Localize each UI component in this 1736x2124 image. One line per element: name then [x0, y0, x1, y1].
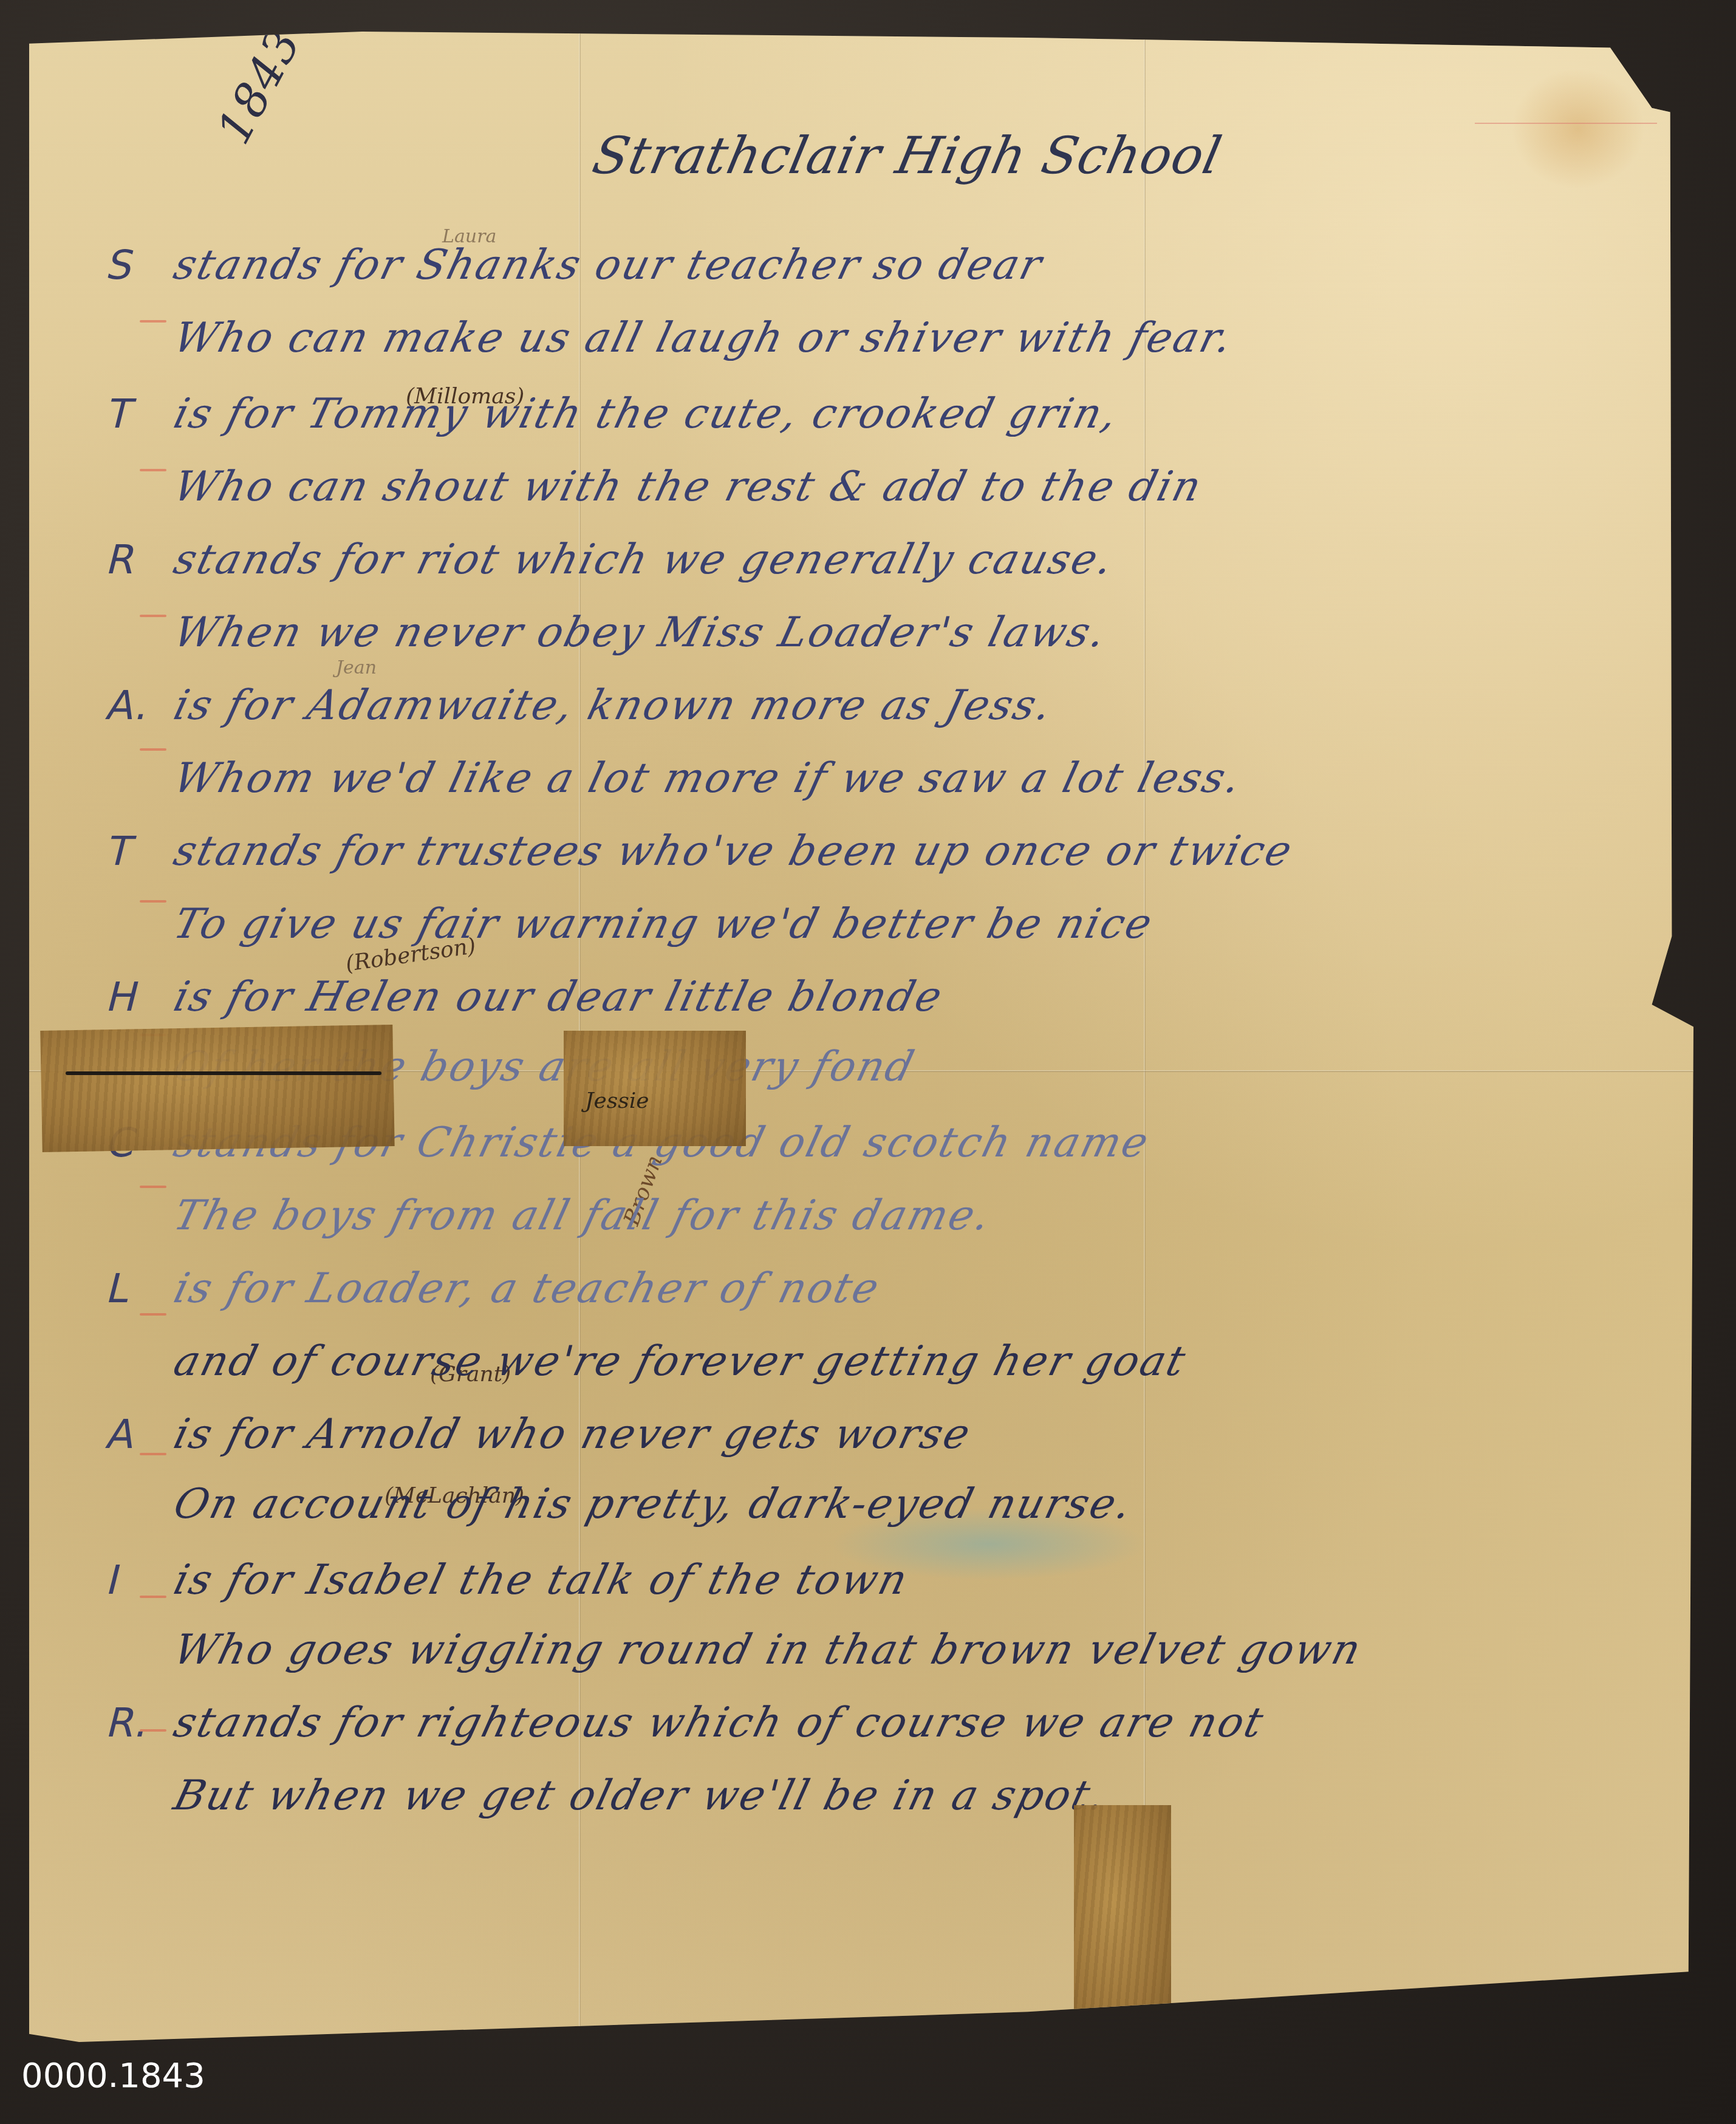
poem-line: and of course we're forever getting her … [169, 1337, 1192, 1385]
poem-line: Lis for Loader, a teacher of note [102, 1265, 885, 1313]
annotation-jean: Jean [336, 657, 377, 678]
poem-line: Ais for Arnold who never gets worse [102, 1410, 976, 1458]
poem-line: Tstands for trustees who've been up once… [102, 827, 1298, 875]
margin-mark [140, 900, 166, 903]
poem-line: But when we get older we'll be in a spot… [169, 1772, 1112, 1820]
rust-stain [1511, 68, 1645, 190]
acrostic-initial: A [102, 1411, 180, 1458]
margin-mark [140, 748, 166, 751]
poem-line: Sstands for Shanks our teacher so dear [102, 241, 1048, 289]
document-title: Strathclair High School [588, 126, 1227, 185]
acrostic-initial: S [102, 242, 180, 289]
poem-line: When we never obey Miss Loader's laws. [169, 609, 1112, 657]
acrostic-initial: L [102, 1265, 180, 1312]
poem-line: Iis for Isabel the talk of the town [102, 1556, 914, 1604]
poem-line: Rstands for riot which we generally caus… [102, 536, 1119, 584]
poem-line: Who can make us all laugh or shiver with… [169, 314, 1239, 362]
poem-line: Tis for Tommy with the cute, crooked gri… [102, 390, 1124, 438]
year-mark: 1843 [206, 19, 311, 152]
poem-line: His for Helen our dear little blonde [102, 973, 948, 1021]
document-paper: 1843 Strathclair High School Laura (Mill… [29, 32, 1693, 2042]
poem-line: A.is for Adamwaite, known more as Jess. [102, 681, 1058, 729]
acrostic-initial: R [102, 536, 180, 583]
acrostic-initial: I [102, 1557, 180, 1603]
poem-line: On account of his pretty, dark-eyed nurs… [169, 1480, 1138, 1528]
poem-line: To give us fair warning we'd better be n… [169, 900, 1158, 948]
acrostic-initial: H [102, 974, 180, 1020]
poem-line: Whom we'd like a lot more if we saw a lo… [169, 754, 1247, 802]
acrostic-initial: A. [102, 682, 180, 729]
acrostic-initial: T [102, 391, 180, 437]
poem-line: R.stands for righteous which of course w… [102, 1699, 1270, 1747]
margin-mark [140, 320, 166, 323]
repair-tape-left [40, 1025, 394, 1152]
margin-mark [140, 1313, 166, 1316]
acrostic-initial: R. [102, 1699, 180, 1746]
annotation-jessie: Jessie [585, 1088, 649, 1113]
faded-red-ruling [1475, 123, 1657, 124]
margin-mark [140, 469, 166, 471]
poem-line: Who can shout with the rest & add to the… [169, 463, 1208, 511]
tear-crack [66, 1071, 381, 1075]
margin-mark [140, 615, 166, 617]
poem-line: Who goes wiggling round in that brown ve… [169, 1626, 1367, 1674]
margin-mark [140, 1186, 166, 1188]
acrostic-initial: T [102, 828, 180, 875]
poem-line: The boys from all fall for this dame. [169, 1192, 996, 1240]
catalog-number: 0000.1843 [21, 2056, 205, 2095]
